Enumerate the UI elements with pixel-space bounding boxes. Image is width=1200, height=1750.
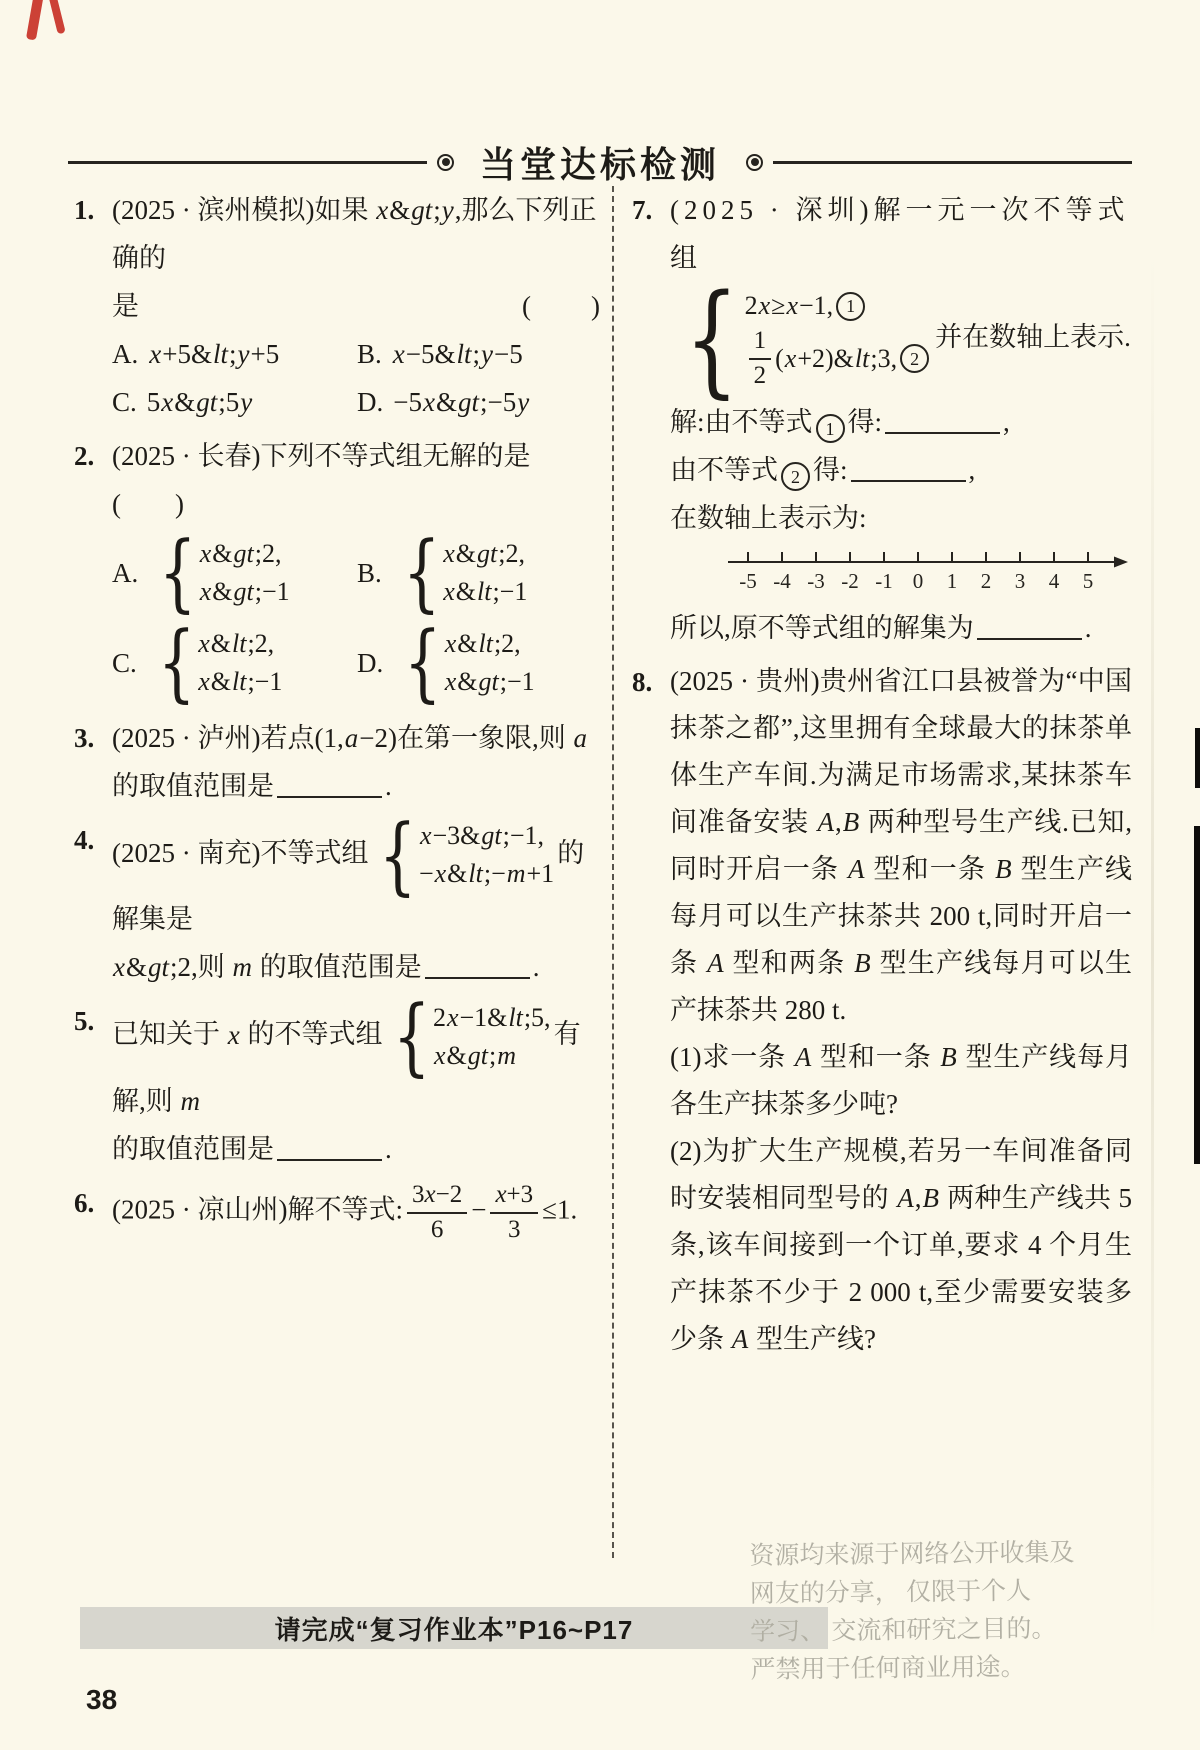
problem-8: 8.(2025 · 贵州)贵州省江口县被誉为“中国抹茶之都”,这里拥有全球最大的… — [632, 658, 1132, 1363]
answer-parentheses: ( ) — [522, 282, 602, 330]
math-expression: x&gt;m — [433, 1037, 517, 1075]
math-expression: x&gt;y — [375, 195, 455, 225]
svg-text:4: 4 — [1049, 569, 1060, 593]
option-C: C.5x&gt;5y — [112, 378, 357, 426]
text-run: 的取值范围是 — [112, 771, 274, 801]
math-expression: x&lt;2, — [197, 625, 274, 663]
homework-note: 请完成“复习作业本”P16~P17 — [275, 1610, 634, 1647]
left-brace: { — [394, 997, 431, 1077]
text-run: 已知关于 — [112, 1020, 227, 1050]
math-expression: m — [232, 952, 254, 982]
system-line: x&lt;2, — [197, 625, 282, 663]
text-run: 型和一条 — [866, 854, 995, 884]
page-crease-shadow — [1151, 250, 1154, 1650]
right-column: 7.(2025 · 深圳)解一元一次不等式组{2x≥x−1,112(x+2)&l… — [632, 186, 1132, 1558]
problem-number: 8. — [632, 658, 670, 1363]
homework-banner: 请完成“复习作业本”P16~P17 — [80, 1607, 828, 1649]
text-run: 在第一象限,则 — [397, 723, 573, 753]
inequality-system: {x−3&gt;−1,−x&lt;−m+1 — [371, 816, 554, 896]
text-run: 型和两条 — [725, 948, 854, 978]
problem-line: (2025 · 泸州)若点(1,a−2)在第一象限,则 a — [112, 714, 602, 762]
system-line: x&lt;−1 — [442, 573, 527, 611]
ring-ornament-right — [746, 154, 763, 171]
math-expression: x&gt;2, — [442, 535, 525, 573]
system-line: x&gt;m — [433, 1037, 551, 1075]
math-expression: x — [227, 1020, 241, 1050]
page-title: 当堂达标检测 — [480, 137, 720, 188]
math-expression: B — [842, 807, 861, 837]
scan-edge-artifact — [1195, 728, 1200, 788]
problem-number: 6. — [74, 1179, 112, 1246]
problem-7: 7.(2025 · 深圳)解一元一次不等式组{2x≥x−1,112(x+2)&l… — [632, 186, 1132, 652]
math-expression: B — [853, 948, 872, 978]
math-expression: − — [471, 1195, 486, 1225]
math-expression: x−3&gt;−1, — [419, 817, 544, 855]
problem-6: 6.(2025 · 凉山州)解不等式:3x−26−x+33≤1. — [74, 1179, 602, 1246]
problem-line: 的取值范围是. — [112, 1125, 602, 1173]
circled-number: 2 — [900, 344, 929, 373]
inequality-system: {x&lt;2,x&gt;−1 — [396, 623, 534, 703]
problem-line: 已知关于 x 的不等式组{2x−1&lt;5,x&gt;m有解,则 m — [112, 997, 602, 1125]
math-expression: B — [994, 854, 1013, 884]
text-run: , — [1003, 407, 1010, 437]
answer-blank — [277, 1131, 382, 1161]
problem-5: 5.已知关于 x 的不等式组{2x−1&lt;5,x&gt;m有解,则 m的取值… — [74, 997, 602, 1173]
svg-text:-1: -1 — [875, 569, 893, 593]
page-number: 38 — [86, 1684, 117, 1716]
math-expression: −5x&gt;−5y — [393, 378, 530, 426]
math-expression: x&gt;2 — [112, 952, 191, 982]
problem-line: 解:由不等式1得:, — [670, 398, 1132, 446]
system-line: x&lt;2, — [444, 625, 535, 663]
problem-line: 所以,原不等式组的解集为. — [670, 604, 1132, 652]
text-run: , — [969, 455, 976, 485]
watermark-line: 学习、 交流和研究之目的。 — [750, 1610, 1102, 1652]
math-expression: B — [939, 1042, 958, 1072]
problem-line: (2025 · 南充)不等式组{x−3&gt;−1,−x&lt;−m+1的解集是 — [112, 816, 602, 944]
text-run: 的取值范围是 — [112, 1134, 274, 1164]
fraction: 12 — [749, 325, 772, 392]
system-lines: 2x≥x−1,112(x+2)&lt;3,2 — [745, 287, 932, 392]
option-label: D. — [357, 378, 383, 426]
text-run: , — [835, 807, 842, 837]
system-line: 2x−1&lt;5, — [433, 999, 551, 1037]
problem-number: 4. — [74, 816, 112, 992]
system-lines: 2x−1&lt;5,x&gt;m — [433, 999, 551, 1075]
option-label: B. — [357, 330, 382, 378]
watermark-line: 资源均来源于网络公开收集及 — [749, 1534, 1101, 1576]
left-brace: { — [380, 816, 417, 896]
header-rule-left — [68, 161, 427, 164]
text-run: (2025 · 泸州)若点 — [112, 723, 314, 753]
system-lines: x&lt;2,x&lt;−1 — [197, 625, 282, 701]
math-expression: (x+2)&lt;3, — [775, 340, 897, 378]
system-line: x&gt;2, — [199, 535, 290, 573]
math-expression: A — [816, 807, 835, 837]
math-expression: A — [731, 1324, 750, 1354]
text-run: . — [385, 771, 392, 801]
system-lines: x&gt;2,x&lt;−1 — [442, 535, 527, 611]
text-run: 的不等式组 — [241, 1020, 383, 1050]
system-line: 12(x+2)&lt;3,2 — [745, 325, 932, 392]
problem-line: (2025 · 长春)下列不等式组无解的是( ) — [112, 432, 602, 528]
problem-content: 已知关于 x 的不等式组{2x−1&lt;5,x&gt;m有解,则 m的取值范围… — [112, 997, 602, 1173]
inequality-system: {x&lt;2,x&lt;−1 — [150, 623, 283, 703]
problem-number: 5. — [74, 997, 112, 1173]
left-brace: { — [685, 282, 739, 398]
math-expression: 5x&gt;5y — [147, 378, 254, 426]
text-run: 得: — [813, 455, 848, 485]
problem-content: (2025 · 南充)不等式组{x−3&gt;−1,−x&lt;−m+1的解集是… — [112, 816, 602, 992]
option-B: B.{x&gt;2,x&lt;−1 — [357, 533, 602, 613]
math-expression: B — [921, 1183, 940, 1213]
problem-number: 2. — [74, 432, 112, 708]
svg-text:-5: -5 — [739, 569, 757, 593]
problem-content: (2025 · 贵州)贵州省江口县被誉为“中国抹茶之都”,这里拥有全球最大的抹茶… — [670, 658, 1132, 1363]
problem-number: 7. — [632, 186, 670, 652]
text-run: 所以,原不等式组的解集为 — [670, 613, 974, 643]
red-pen-mark — [26, 0, 44, 41]
problem-line: 是( ) — [112, 282, 602, 330]
problem-content: (2025 · 长春)下列不等式组无解的是( )A.{x&gt;2,x&gt;−… — [112, 432, 602, 708]
math-expression: m — [180, 1086, 202, 1116]
system-lines: x−3&gt;−1,−x&lt;−m+1 — [419, 817, 554, 893]
problem-line: (2025 · 深圳)解一元一次不等式组 — [670, 186, 1132, 282]
problem-line: (2025 · 贵州)贵州省江口县被誉为“中国抹茶之都”,这里拥有全球最大的抹茶… — [670, 658, 1132, 1034]
text-run: (2025 · 长春)下列不等式组无解的是( ) — [112, 441, 530, 519]
problem-line: {2x≥x−1,112(x+2)&lt;3,2并在数轴上表示. — [670, 282, 1132, 398]
answer-blank — [851, 452, 966, 482]
problem-4: 4.(2025 · 南充)不等式组{x−3&gt;−1,−x&lt;−m+1的解… — [74, 816, 602, 992]
svg-text:1: 1 — [947, 569, 958, 593]
problem-content: (2025 · 滨州模拟)如果 x&gt;y,那么下列正确的是( )A.x+5&… — [112, 186, 602, 426]
scan-edge-artifact — [1194, 826, 1200, 1164]
options-row: C.{x&lt;2,x&lt;−1D.{x&lt;2,x&gt;−1 — [112, 618, 602, 708]
watermark-line: 网友的分享， 仅限于个人 — [750, 1572, 1102, 1614]
answer-blank — [885, 404, 1000, 434]
option-label: A. — [112, 330, 138, 378]
text-run: ,则 — [191, 952, 232, 982]
problem-number: 3. — [74, 714, 112, 810]
fraction: x+33 — [490, 1179, 538, 1246]
text-run: . — [570, 1195, 577, 1225]
system-line: x&gt;2, — [442, 535, 527, 573]
left-brace: { — [403, 533, 440, 613]
text-run: 在数轴上表示为: — [670, 503, 867, 533]
left-brace: { — [158, 623, 195, 703]
inequality-system: {2x≥x−1,112(x+2)&lt;3,2 — [673, 282, 932, 398]
circled-number: 1 — [836, 292, 865, 321]
problem-line: 由不等式2得:, — [670, 446, 1132, 494]
option-B: B.x−5&lt;y−5 — [357, 330, 602, 378]
inequality-system: {x&gt;2,x&lt;−1 — [395, 533, 528, 613]
text-run: 型和一条 — [812, 1042, 939, 1072]
math-expression: x&gt;−1 — [444, 663, 535, 701]
system-line: 2x≥x−1,1 — [745, 287, 932, 325]
worksheet-page: 当堂达标检测 1.(2025 · 滨州模拟)如果 x&gt;y,那么下列正确的是… — [0, 0, 1200, 1750]
text-run: (2025 · 凉山州)解不等式: — [112, 1195, 403, 1225]
watermark: 资源均来源于网络公开收集及网友的分享， 仅限于个人学习、 交流和研究之目的。严禁… — [749, 1534, 1103, 1690]
problem-content: (2025 · 深圳)解一元一次不等式组{2x≥x−1,112(x+2)&lt;… — [670, 186, 1132, 652]
problem-line: (2025 · 凉山州)解不等式:3x−26−x+33≤1. — [112, 1179, 602, 1246]
answer-blank — [977, 610, 1082, 640]
math-expression: x&gt;2, — [199, 535, 282, 573]
two-column-layout: 1.(2025 · 滨州模拟)如果 x&gt;y,那么下列正确的是( )A.x+… — [0, 186, 1200, 1558]
system-line: −x&lt;−m+1 — [419, 855, 554, 893]
text-run: 由不等式 — [670, 455, 778, 485]
option-label: A. — [112, 549, 138, 597]
inequality-system: {x&gt;2,x&gt;−1 — [151, 533, 289, 613]
column-divider — [612, 186, 614, 1558]
option-label: B. — [357, 549, 382, 597]
svg-text:-4: -4 — [773, 569, 791, 593]
options-row: A.{x&gt;2,x&gt;−1B.{x&gt;2,x&lt;−1 — [112, 528, 602, 618]
problem-1: 1.(2025 · 滨州模拟)如果 x&gt;y,那么下列正确的是( )A.x+… — [74, 186, 602, 426]
left-brace: { — [404, 623, 441, 703]
text-run: 型生产线? — [749, 1324, 876, 1354]
ring-ornament-left — [437, 154, 454, 171]
text-run: 是 — [112, 291, 139, 321]
problem-line: (1)求一条 A 型和一条 B 型生产线每月各生产抹茶多少吨? — [670, 1034, 1132, 1128]
system-lines: x&gt;2,x&gt;−1 — [199, 535, 290, 611]
system-line: x−3&gt;−1, — [419, 817, 554, 855]
svg-text:-3: -3 — [807, 569, 825, 593]
math-expression: (1,a−2) — [314, 723, 396, 753]
watermark-line: 严禁用于任何商业用途。 — [750, 1648, 1102, 1690]
system-lines: x&lt;2,x&gt;−1 — [444, 625, 535, 701]
svg-text:5: 5 — [1083, 569, 1094, 593]
option-D: D.{x&lt;2,x&gt;−1 — [357, 623, 602, 703]
svg-text:0: 0 — [913, 569, 924, 593]
text-run: . — [533, 952, 540, 982]
options-row: C.5x&gt;5yD.−5x&gt;−5y — [112, 378, 602, 426]
option-label: C. — [112, 639, 137, 687]
text-run: 的取值范围是 — [253, 952, 422, 982]
math-expression: a — [572, 723, 588, 753]
problem-line: 的取值范围是. — [112, 762, 602, 810]
math-expression: x&lt;2, — [444, 625, 521, 663]
problem-2: 2.(2025 · 长春)下列不等式组无解的是( )A.{x&gt;2,x&gt… — [74, 432, 602, 708]
options-row: A.x+5&lt;y+5B.x−5&lt;y−5 — [112, 330, 602, 378]
number-line-row: -5-4-3-2-1012345 — [670, 542, 1132, 604]
math-expression: x&lt;−1 — [442, 573, 527, 611]
option-A: A.x+5&lt;y+5 — [112, 330, 357, 378]
problem-content: (2025 · 泸州)若点(1,a−2)在第一象限,则 a的取值范围是. — [112, 714, 602, 810]
text-run: (2025 · 深圳)解一元一次不等式组 — [670, 195, 1129, 273]
text-run: . — [385, 1134, 392, 1164]
system-line: x&gt;−1 — [199, 573, 290, 611]
system-line: x&gt;−1 — [444, 663, 535, 701]
math-expression: 2x−1&lt;5, — [433, 999, 551, 1037]
math-expression: x&gt;−1 — [199, 573, 290, 611]
number-line: -5-4-3-2-1012345 — [726, 548, 1130, 600]
circled-number: 1 — [816, 414, 845, 443]
math-expression: A — [896, 1183, 915, 1213]
svg-text:3: 3 — [1015, 569, 1026, 593]
math-expression: A — [847, 854, 866, 884]
text-run: 得: — [848, 407, 883, 437]
math-expression: ≤1 — [542, 1195, 570, 1225]
header-rule-right — [773, 161, 1132, 164]
math-expression: x+5&lt;y+5 — [148, 330, 279, 378]
math-expression: A — [706, 948, 725, 978]
text-run: 并在数轴上表示. — [935, 322, 1131, 352]
math-expression: A — [794, 1042, 813, 1072]
problem-line: (2)为扩大生产规模,若另一车间准备同时安装相同型号的 A,B 两种生产线共 5… — [670, 1128, 1132, 1363]
problem-content: (2025 · 凉山州)解不等式:3x−26−x+33≤1. — [112, 1179, 602, 1246]
problem-3: 3.(2025 · 泸州)若点(1,a−2)在第一象限,则 a的取值范围是. — [74, 714, 602, 810]
text-run: (2025 · 滨州模拟)如果 — [112, 195, 375, 225]
left-column: 1.(2025 · 滨州模拟)如果 x&gt;y,那么下列正确的是( )A.x+… — [74, 186, 602, 1558]
svg-text:-2: -2 — [841, 569, 859, 593]
problem-line: x&gt;2,则 m 的取值范围是. — [112, 943, 602, 991]
problem-line: (2025 · 滨州模拟)如果 x&gt;y,那么下列正确的 — [112, 186, 602, 282]
math-expression: 2x≥x−1, — [745, 287, 834, 325]
fraction: 3x−26 — [407, 1179, 467, 1246]
left-brace: { — [159, 533, 196, 613]
inequality-system: {2x−1&lt;5,x&gt;m — [385, 997, 550, 1077]
text-run: . — [1085, 613, 1092, 643]
answer-blank — [425, 949, 530, 979]
svg-text:2: 2 — [981, 569, 992, 593]
text-run: (1)求一条 — [670, 1042, 794, 1072]
math-expression: −x&lt;−m+1 — [419, 855, 554, 893]
option-D: D.−5x&gt;−5y — [357, 378, 602, 426]
option-A: A.{x&gt;2,x&gt;−1 — [112, 533, 357, 613]
option-C: C.{x&lt;2,x&lt;−1 — [112, 623, 357, 703]
option-label: C. — [112, 378, 137, 426]
problem-line: 在数轴上表示为: — [670, 494, 1132, 542]
answer-blank — [277, 768, 382, 798]
math-expression: x−5&lt;y−5 — [392, 330, 523, 378]
section-header: 当堂达标检测 — [0, 136, 1200, 188]
option-label: D. — [357, 639, 383, 687]
red-pen-mark — [48, 0, 65, 34]
text-run: (2025 · 南充)不等式组 — [112, 838, 368, 868]
circled-number: 2 — [781, 462, 810, 491]
math-expression: x&lt;−1 — [197, 663, 282, 701]
text-run: 解:由不等式 — [670, 407, 813, 437]
system-line: x&lt;−1 — [197, 663, 282, 701]
problem-number: 1. — [74, 186, 112, 426]
